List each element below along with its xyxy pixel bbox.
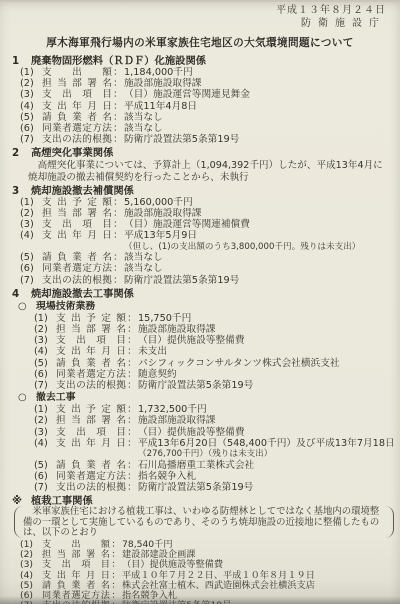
section-marker: 1 — [12, 55, 31, 67]
item-label: 支出年月日 — [56, 346, 126, 357]
item-value: 15,750千円 — [138, 313, 396, 324]
item-label: 担当部署名 — [42, 208, 112, 219]
item-label: 同業者選定方法 — [56, 369, 126, 380]
scan-edge-bottom — [0, 596, 400, 604]
item-note: （276,700千円）（残りは未支出） — [12, 449, 396, 460]
item-label: 支出額 — [42, 67, 112, 78]
item-colon: ： — [126, 471, 138, 482]
item-number: (7) — [34, 380, 56, 391]
item-colon: ： — [126, 460, 138, 471]
item-row: (2)担当部署名：施設部施設取得課 — [12, 324, 396, 335]
section-paragraph: 高煙突化事業については、予算計上（1,094,392千円）したが、平成13年4月… — [28, 160, 388, 182]
item-value: 1,732,500千円 — [138, 404, 396, 415]
item-value: 防衛庁設置法第5条第19号 — [124, 275, 396, 286]
item-value: 該当なし — [124, 123, 396, 134]
item-number: (3) — [20, 219, 42, 230]
section-marker: 3 — [12, 185, 31, 197]
item-row: (3)支出項目：（目）施設運営等関連補償費 — [12, 219, 396, 230]
item-row: (3)支出項目：（目）提供施設等整備費 — [12, 427, 396, 438]
item-row: (7)支出の法的根拠：防衛庁設置法第5条第19号 — [12, 482, 396, 493]
section-title: 焼却施設撤去補償関係 — [31, 185, 134, 197]
item-label: 支出年月日 — [42, 101, 112, 112]
item-label: 担当部署名 — [56, 324, 126, 335]
hand-drawn-bracket-left-icon — [14, 506, 24, 538]
subsection-title: 撤去工事 — [36, 392, 76, 403]
item-number: (2) — [34, 415, 56, 426]
item-label: 支出年月日 — [42, 230, 112, 241]
item-colon: ： — [126, 346, 138, 357]
item-label: 支出項目 — [42, 89, 112, 100]
item-value: 施設部施設取得課 — [138, 324, 396, 335]
item-row: (7)支出の法的根拠：防衛庁設置法第5条第19号 — [12, 380, 396, 391]
item-row: (1)支出予定額：1,732,500千円 — [12, 404, 396, 415]
item-label: 支出予定額 — [42, 197, 112, 208]
item-colon: ： — [112, 252, 124, 263]
item-number: (6) — [34, 369, 56, 380]
item-value: 5,160,000千円 — [124, 197, 396, 208]
item-number: (2) — [20, 78, 42, 89]
item-label: 請負業者名 — [42, 252, 112, 263]
section-heading: 2高煙突化事業関係 — [12, 147, 396, 159]
section-heading: 3焼却施設撤去補償関係 — [12, 185, 396, 197]
subsection-marker: ○ — [18, 301, 36, 313]
item-row: (1)支出予定額：5,160,000千円 — [12, 197, 396, 208]
item-colon: ： — [126, 380, 138, 391]
annotated-note: 米軍家族住宅における植栽工事は、いわゆる防煙林としてではなく基地内の環境整備の一… — [14, 507, 394, 539]
subsection-heading: ○撤去工事 — [18, 392, 396, 404]
item-colon: ： — [126, 313, 138, 324]
item-row: (5)請負業者名：パシフィックコンサルタンツ株式会社横浜支社 — [12, 358, 396, 369]
item-colon: ： — [112, 123, 124, 134]
section-2: 2高煙突化事業関係高煙突化事業については、予算計上（1,094,392千円）した… — [12, 147, 396, 182]
item-row: (5)請負業者名：該当なし — [12, 112, 396, 123]
item-number: (4) — [34, 438, 56, 449]
item-colon: ： — [112, 208, 124, 219]
item-row: (6)同業者選定方法：指名競争入札 — [12, 471, 396, 482]
item-number: (3) — [20, 89, 42, 100]
item-number: (1) — [20, 197, 42, 208]
item-note: （但し、(1)の支出額のうち3,800,000千円。残りは未支出） — [12, 242, 396, 253]
item-value: （目）施設運営等関連見舞金 — [124, 89, 396, 100]
item-value: 指名競争入札 — [138, 471, 396, 482]
item-number: (1) — [34, 404, 56, 415]
item-row: (2)担当部署名：施設部施設取得課 — [12, 78, 396, 89]
item-label: 支出予定額 — [56, 404, 126, 415]
item-value: 施設部施設取得課 — [138, 415, 396, 426]
item-label: 請負業者名 — [56, 460, 126, 471]
item-label: 同業者選定方法 — [56, 471, 126, 482]
item-row: (5)請負業者名：該当なし — [12, 252, 396, 263]
subsection-title: 現場技術業務 — [36, 301, 95, 312]
section-1: 1廃棄物固形燃料（ＲＤＦ）化施設関係(1)支出額：1,184,000千円(2)担… — [12, 55, 396, 145]
subsection-marker: ○ — [18, 392, 36, 404]
item-number: (7) — [34, 482, 56, 493]
item-value: （目）提供施設等整備費 — [138, 427, 396, 438]
item-value: 随意契約 — [138, 369, 396, 380]
item-value: 施設部施設取得課 — [124, 208, 396, 219]
item-number: (3) — [34, 427, 56, 438]
item-row: (4)支出年月日：平成13年5月9日 — [12, 230, 396, 241]
sections-container: 1廃棄物固形燃料（ＲＤＦ）化施設関係(1)支出額：1,184,000千円(2)担… — [0, 55, 400, 604]
item-colon: ： — [126, 415, 138, 426]
item-label: 支出の法的根拠 — [56, 380, 126, 391]
item-value: 該当なし — [124, 252, 396, 263]
document-page: 平成１３年８月２４日 防衛施設庁 厚木海軍飛行場内の米軍家族住宅地区の大気環境問… — [0, 0, 400, 604]
item-colon: ： — [126, 335, 138, 346]
document-header: 平成１３年８月２４日 防衛施設庁 — [0, 0, 400, 30]
section-marker: 4 — [12, 288, 31, 300]
section-heading: 4焼却施設撤去工事関係 — [12, 288, 396, 300]
item-value: 防衛庁設置法第5条第19号 — [124, 134, 396, 145]
item-label: 請負業者名 — [42, 112, 112, 123]
item-colon: ： — [112, 219, 124, 230]
item-number: (5) — [34, 460, 56, 471]
item-row: (2)担当部署名：施設部施設取得課 — [12, 415, 396, 426]
subsection-heading: ○現場技術業務 — [18, 301, 396, 313]
item-label: 同業者選定方法 — [42, 263, 112, 274]
item-colon: ： — [112, 197, 124, 208]
item-value: 平成11年4月8日 — [124, 101, 396, 112]
section-heading: 1廃棄物固形燃料（ＲＤＦ）化施設関係 — [12, 55, 396, 67]
item-colon: ： — [126, 404, 138, 415]
item-row: (5)請負業者名：石川島播磨重工業株式会社 — [12, 460, 396, 471]
item-row: (4)支出年月日：平成11年4月8日 — [12, 101, 396, 112]
section-title: 焼却施設撤去工事関係 — [31, 288, 134, 300]
item-number: (6) — [20, 123, 42, 134]
item-row: (7)支出の法的根拠：防衛庁設置法第5条第19号 — [12, 134, 396, 145]
item-colon: ： — [112, 263, 124, 274]
item-colon: ： — [126, 438, 138, 449]
item-number: (1) — [34, 313, 56, 324]
document-date: 平成１３年８月２４日 — [0, 5, 386, 17]
item-row: (3)支出項目：（目）施設運営等関連見舞金 — [12, 89, 396, 100]
item-label: 支出の法的根拠 — [42, 275, 112, 286]
item-number: (6) — [20, 263, 42, 274]
item-value: 平成13年5月9日 — [124, 230, 396, 241]
item-value: 該当なし — [124, 112, 396, 123]
item-colon: ： — [126, 324, 138, 335]
item-number: (6) — [34, 471, 56, 482]
item-number: (3) — [34, 335, 56, 346]
section-3: 3焼却施設撤去補償関係(1)支出予定額：5,160,000千円(2)担当部署名：… — [12, 185, 396, 286]
section-title: 高煙突化事業関係 — [31, 147, 113, 159]
item-row: (4)支出年月日：平成13年6月20日（548,400千円）及び平成13年7月1… — [12, 438, 396, 449]
item-value: （目）提供施設等整備費 — [138, 335, 396, 346]
item-value: 未支出 — [138, 346, 396, 357]
item-colon: ： — [112, 89, 124, 100]
item-row: (7)支出の法的根拠：防衛庁設置法第5条第19号 — [12, 275, 396, 286]
item-value: 石川島播磨重工業株式会社 — [138, 460, 396, 471]
item-colon: ： — [126, 427, 138, 438]
item-value: 防衛庁設置法第5条第19号 — [138, 380, 396, 391]
item-value: 防衛庁設置法第5条第19号 — [138, 482, 396, 493]
section-title: 廃棄物固形燃料（ＲＤＦ）化施設関係 — [31, 55, 206, 67]
section-※: ※植栽工事関係米軍家族住宅における植栽工事は、いわゆる防煙林としてではなく基地内… — [12, 495, 396, 604]
item-number: (5) — [20, 112, 42, 123]
item-number: (5) — [20, 252, 42, 263]
item-number: (7) — [20, 275, 42, 286]
item-label: 担当部署名 — [56, 415, 126, 426]
item-number: (7) — [20, 134, 42, 145]
item-row: (6)同業者選定方法：随意契約 — [12, 369, 396, 380]
item-number: (1) — [20, 67, 42, 78]
item-label: 支出年月日 — [56, 438, 126, 449]
item-number: (4) — [20, 230, 42, 241]
item-value: 施設部施設取得課 — [124, 78, 396, 89]
item-row: (1)支出予定額：15,750千円 — [12, 313, 396, 324]
item-colon: ： — [112, 67, 124, 78]
item-label: 請負業者名 — [56, 358, 126, 369]
section-4: 4焼却施設撤去工事関係○現場技術業務(1)支出予定額：15,750千円(2)担当… — [12, 288, 396, 493]
item-label: 支出の法的根拠 — [42, 134, 112, 145]
item-label: 支出予定額 — [56, 313, 126, 324]
item-row: (3)支出項目：（目）提供施設等整備費 — [12, 335, 396, 346]
section-marker: 2 — [12, 147, 31, 159]
item-colon: ： — [126, 482, 138, 493]
item-label: 支出項目 — [56, 427, 126, 438]
item-number: (5) — [34, 358, 56, 369]
item-label: 同業者選定方法 — [42, 123, 112, 134]
item-value: 1,184,000千円 — [124, 67, 396, 78]
item-label: 支出の法的根拠 — [56, 482, 126, 493]
item-row: (4)支出年月日：未支出 — [12, 346, 396, 357]
item-colon: ： — [112, 230, 124, 241]
item-colon: ： — [112, 78, 124, 89]
item-colon: ： — [112, 101, 124, 112]
section-note: 米軍家族住宅における植栽工事は、いわゆる防煙林としてではなく基地内の環境整備の一… — [23, 507, 385, 539]
item-value: 平成13年6月20日（548,400千円）及び平成13年7月18日 — [138, 438, 396, 449]
item-label: 支出項目 — [42, 219, 112, 230]
item-colon: ： — [112, 112, 124, 123]
item-number: (2) — [34, 324, 56, 335]
item-colon: ： — [126, 369, 138, 380]
issuing-agency: 防衛施設庁 — [0, 18, 386, 30]
item-label: 担当部署名 — [42, 78, 112, 89]
hand-drawn-bracket-right-icon — [384, 506, 394, 538]
item-number: (2) — [20, 208, 42, 219]
item-value: パシフィックコンサルタンツ株式会社横浜支社 — [138, 358, 396, 369]
item-number: (4) — [20, 101, 42, 112]
item-row: (6)同業者選定方法：該当なし — [12, 123, 396, 134]
item-colon: ： — [112, 134, 124, 145]
item-label: 支出項目 — [56, 335, 126, 346]
item-value: （目）施設運営等関連補償費 — [124, 219, 396, 230]
item-row: (6)同業者選定方法：該当なし — [12, 263, 396, 274]
item-colon: ： — [126, 358, 138, 369]
document-title: 厚木海軍飛行場内の米軍家族住宅地区の大気環境問題について — [0, 37, 400, 50]
item-colon: ： — [112, 275, 124, 286]
scan-edge-top — [0, 0, 400, 2]
item-row: (2)担当部署名：施設部施設取得課 — [12, 208, 396, 219]
item-row: (1)支出額：1,184,000千円 — [12, 67, 396, 78]
item-number: (4) — [34, 346, 56, 357]
item-value: 該当なし — [124, 263, 396, 274]
